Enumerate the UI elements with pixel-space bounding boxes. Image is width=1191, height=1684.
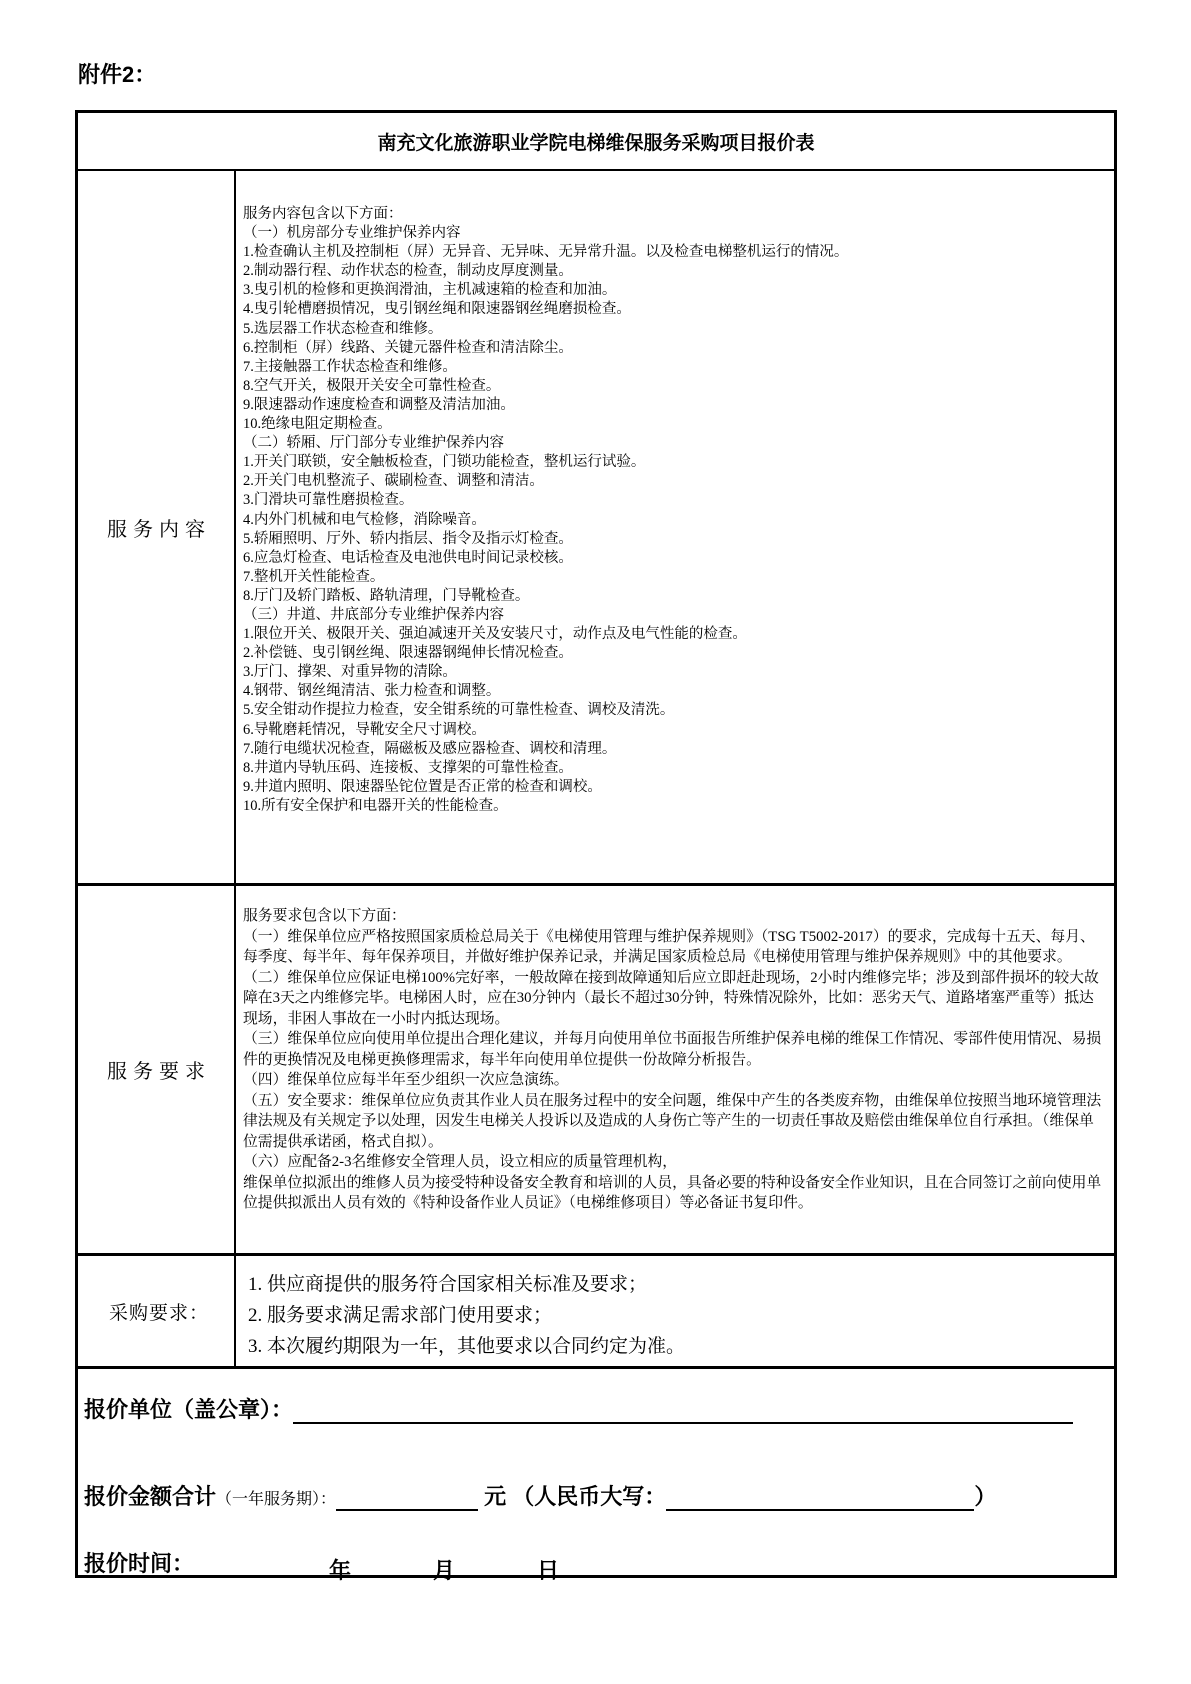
quote-amount-blank [336,1487,478,1511]
content-line: 9.限速器动作速度检查和调整及清洁加油。 [243,396,1104,415]
content-line: （二）维保单位应保证电梯100%完好率，一般故障在接到故障通知后应立即赶赴现场，… [243,968,1104,1030]
content-line: 服务要求包含以下方面： [243,906,1104,927]
content-line: 2.制动器行程、动作状态的检查，制动皮厚度测量。 [243,262,1104,281]
content-line: 2.补偿链、曳引钢丝绳、限速器钢绳伸长情况检查。 [243,644,1104,663]
quote-unit-line: 报价单位（盖公章）： [84,1393,1106,1424]
content-line: 服务内容包含以下方面： [243,205,1104,224]
quote-amount-rmb-blank [666,1487,974,1511]
day-label: 日 [537,1558,559,1583]
content-line: 1.限位开关、极限开关、强迫减速开关及安装尺寸，动作点及电气性能的检查。 [243,625,1104,644]
table-title-row: 南充文化旅游职业学院电梯维保服务采购项目报价表 [78,113,1114,171]
quote-amount-period-label: （一年服务期）： [216,1491,336,1508]
content-line: 7.整机开关性能检查。 [243,568,1104,587]
content-line: 10.所有安全保护和电器开关的性能检查。 [243,797,1104,816]
month-label: 月 [433,1558,455,1583]
content-line: 维保单位拟派出的维修人员为接受特种设备安全教育和培训的人员，具备必要的特种设备安… [243,1173,1104,1214]
quote-amount-rmb-label: （人民币大写： [512,1484,666,1509]
content-line: （三）维保单位应向使用单位提出合理化建议，并每月向使用单位书面报告所维护保养电梯… [243,1029,1104,1070]
service-content-row: 服务内容 服务内容包含以下方面： （一）机房部分专业维护保养内容 1.检查确认主… [78,171,1114,886]
content-line: 3. 本次履约期限为一年，其他要求以合同约定为准。 [248,1331,1104,1362]
content-line: 6.导靴磨耗情况，导靴安全尺寸调校。 [243,721,1104,740]
service-content-label: 服务内容 [78,171,236,883]
quote-unit-label: 报价单位（盖公章）： [84,1397,293,1422]
quote-amount-label: 报价金额合计 [84,1484,216,1509]
service-content-body: 服务内容包含以下方面： （一）机房部分专业维护保养内容 1.检查确认主机及控制柜… [236,171,1114,883]
procurement-requirements-row: 采购要求： 1. 供应商提供的服务符合国家相关标准及要求； 2. 服务要求满足需… [78,1256,1114,1369]
quotation-table: 南充文化旅游职业学院电梯维保服务采购项目报价表 服务内容 服务内容包含以下方面：… [75,110,1117,1578]
content-line: （一）机房部分专业维护保养内容 [243,224,1104,243]
quote-amount-unit: 元 [484,1484,506,1509]
content-line: （六）应配备2-3名维修安全管理人员，设立相应的质量管理机构， [243,1152,1104,1173]
document-page: 附件2： 南充文化旅游职业学院电梯维保服务采购项目报价表 服务内容 服务内容包含… [0,0,1191,1684]
content-line: （二）轿厢、厅门部分专业维护保养内容 [243,434,1104,453]
content-line: 2.开关门电机整流子、碳刷检查、调整和清洁。 [243,472,1104,491]
quote-amount-close-paren: ） [974,1484,996,1509]
footer-row: 报价单位（盖公章）： 报价金额合计（一年服务期）： 元 （人民币大写：） 报价时… [78,1369,1114,1578]
content-line: 2. 服务要求满足需求部门使用要求； [248,1300,1104,1331]
content-line: 7.随行电缆状况检查，隔磁板及感应器检查、调校和清理。 [243,740,1104,759]
content-line: 3.曳引机的检修和更换润滑油，主机减速箱的检查和加油。 [243,281,1104,300]
procurement-requirements-body: 1. 供应商提供的服务符合国家相关标准及要求； 2. 服务要求满足需求部门使用要… [236,1256,1114,1366]
content-line: 1.开关门联锁，安全触板检查，门锁功能检查，整机运行试验。 [243,453,1104,472]
content-line: （三）井道、井底部分专业维护保养内容 [243,606,1104,625]
content-line: （一）维保单位应严格按照国家质检总局关于《电梯使用管理与维护保养规则》（TSG … [243,927,1104,968]
content-line: 1.检查确认主机及控制柜（屏）无异音、无异味、无异常升温。以及检查电梯整机运行的… [243,243,1104,262]
attachment-label: 附件2： [78,58,156,89]
content-line: 7.主接触器工作状态检查和维修。 [243,358,1104,377]
content-line: 4.曳引轮槽磨损情况，曳引钢丝绳和限速器钢丝绳磨损检查。 [243,300,1104,319]
content-line: （五）安全要求：维保单位应负责其作业人员在服务过程中的安全问题，维保中产生的各类… [243,1091,1104,1153]
content-line: 5.选层器工作状态检查和维修。 [243,320,1104,339]
content-line: 5.安全钳动作提拉力检查，安全钳系统的可靠性检查、调校及清洗。 [243,701,1104,720]
content-line: 4.钢带、钢丝绳清洁、张力检查和调整。 [243,682,1104,701]
content-line: 9.井道内照明、限速器坠铊位置是否正常的检查和调校。 [243,778,1104,797]
content-line: 3.门滑块可靠性磨损检查。 [243,491,1104,510]
service-requirements-label: 服务要求 [78,886,236,1253]
content-line: 4.内外门机械和电气检修，消除噪音。 [243,511,1104,530]
quote-unit-blank [293,1400,1073,1424]
quote-amount-line: 报价金额合计（一年服务期）： 元 （人民币大写：） [84,1480,1106,1511]
quote-time-label: 报价时间： [84,1551,194,1576]
content-line: 8.井道内导轨压码、连接板、支撑架的可靠性检查。 [243,759,1104,778]
content-line: 1. 供应商提供的服务符合国家相关标准及要求； [248,1269,1104,1300]
content-line: 5.轿厢照明、厅外、轿内指层、指令及指示灯检查。 [243,530,1104,549]
content-line: 8.厅门及轿门踏板、路轨清理，门导靴检查。 [243,587,1104,606]
year-label: 年 [329,1558,351,1583]
quote-time-line: 报价时间：年月日 [84,1547,1106,1578]
content-line: 6.应急灯检查、电话检查及电池供电时间记录校核。 [243,549,1104,568]
content-line: 3.厅门、撑架、对重异物的清除。 [243,663,1104,682]
quote-date-blank: 年月日 [194,1554,594,1578]
content-line: 8.空气开关，极限开关安全可靠性检查。 [243,377,1104,396]
service-requirements-row: 服务要求 服务要求包含以下方面： （一）维保单位应严格按照国家质检总局关于《电梯… [78,886,1114,1256]
content-line: 10.绝缘电阻定期检查。 [243,415,1104,434]
table-title: 南充文化旅游职业学院电梯维保服务采购项目报价表 [377,128,814,155]
content-line: （四）维保单位应每半年至少组织一次应急演练。 [243,1070,1104,1091]
content-line: 6.控制柜（屏）线路、关键元器件检查和清洁除尘。 [243,339,1104,358]
procurement-requirements-label: 采购要求： [78,1256,236,1366]
service-requirements-body: 服务要求包含以下方面： （一）维保单位应严格按照国家质检总局关于《电梯使用管理与… [236,886,1114,1253]
